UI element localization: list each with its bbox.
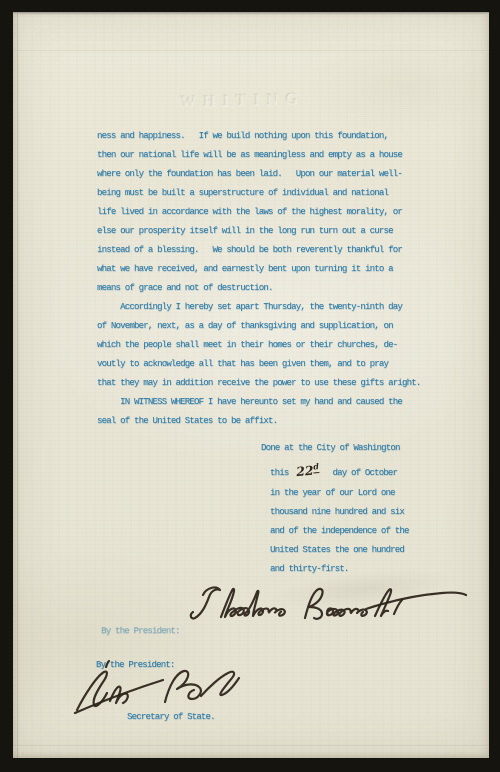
- typewritten-line: instead of a blessing. We should be both…: [97, 241, 420, 260]
- photo-backdrop: WHITING ness and happiness. If we build …: [0, 0, 500, 772]
- typewritten-line: IN WITNESS WHEREOF I have hereunto set m…: [97, 393, 420, 412]
- typewritten-line: that they may in addition receive the po…: [97, 374, 420, 393]
- president-signature: [170, 578, 480, 635]
- typewritten-line: which the people shall meet in their hom…: [97, 336, 420, 355]
- ghost-offset-text: By the President:: [101, 622, 180, 641]
- typewritten-line: means of grace and not of destruction.: [97, 279, 420, 298]
- typewritten-line: being must be built a superstructure of …: [97, 184, 420, 203]
- dateline-year-lines: in the year of our Lord onethousand nine…: [261, 484, 409, 580]
- typewritten-line: life lived in accordance with the laws o…: [97, 203, 420, 222]
- typewritten-line: of November, next, as a day of thanksgiv…: [97, 317, 420, 336]
- dateline-day: this22dday of October: [261, 458, 409, 483]
- fold-crease-vertical: [17, 12, 19, 758]
- typewritten-line: thousand nine hundred and six: [261, 503, 409, 522]
- document-page: WHITING ness and happiness. If we build …: [13, 12, 489, 758]
- typewritten-line: and thirty-first.: [261, 560, 409, 579]
- typewritten-line: voutly to acknowledge all that has been …: [97, 355, 420, 374]
- paper-watermark: WHITING: [180, 90, 305, 111]
- dateline-block: Done at the City of Washington this22dda…: [261, 439, 409, 580]
- secretary-title: Secretary of State.: [127, 708, 215, 727]
- typewritten-line: and of the independence of the: [261, 522, 409, 541]
- fold-crease-bottom: [13, 745, 489, 747]
- fold-crease-top: [13, 50, 489, 52]
- handwritten-day: 22d: [296, 457, 321, 481]
- day-suffix: day of October: [332, 468, 397, 478]
- dateline-place: Done at the City of Washington: [261, 439, 409, 458]
- typewritten-line: else our prosperity itself will in the l…: [97, 222, 420, 241]
- typewritten-line: United States the one hundred: [261, 541, 409, 560]
- typewritten-line: seal of the United States to be affixt.: [97, 412, 420, 431]
- proclamation-body: ness and happiness. If we build nothing …: [97, 127, 420, 431]
- typewritten-line: Accordingly I hereby set apart Thursday,…: [97, 298, 420, 317]
- typewritten-line: in the year of our Lord one: [261, 484, 409, 503]
- day-prefix: this: [270, 468, 288, 478]
- typewritten-line: where only the foundation has been laid.…: [97, 165, 420, 184]
- typewritten-line: then our national life will be as meanin…: [97, 146, 420, 165]
- typewritten-line: ness and happiness. If we build nothing …: [97, 127, 420, 146]
- typewritten-line: what we have received, and earnestly ben…: [97, 260, 420, 279]
